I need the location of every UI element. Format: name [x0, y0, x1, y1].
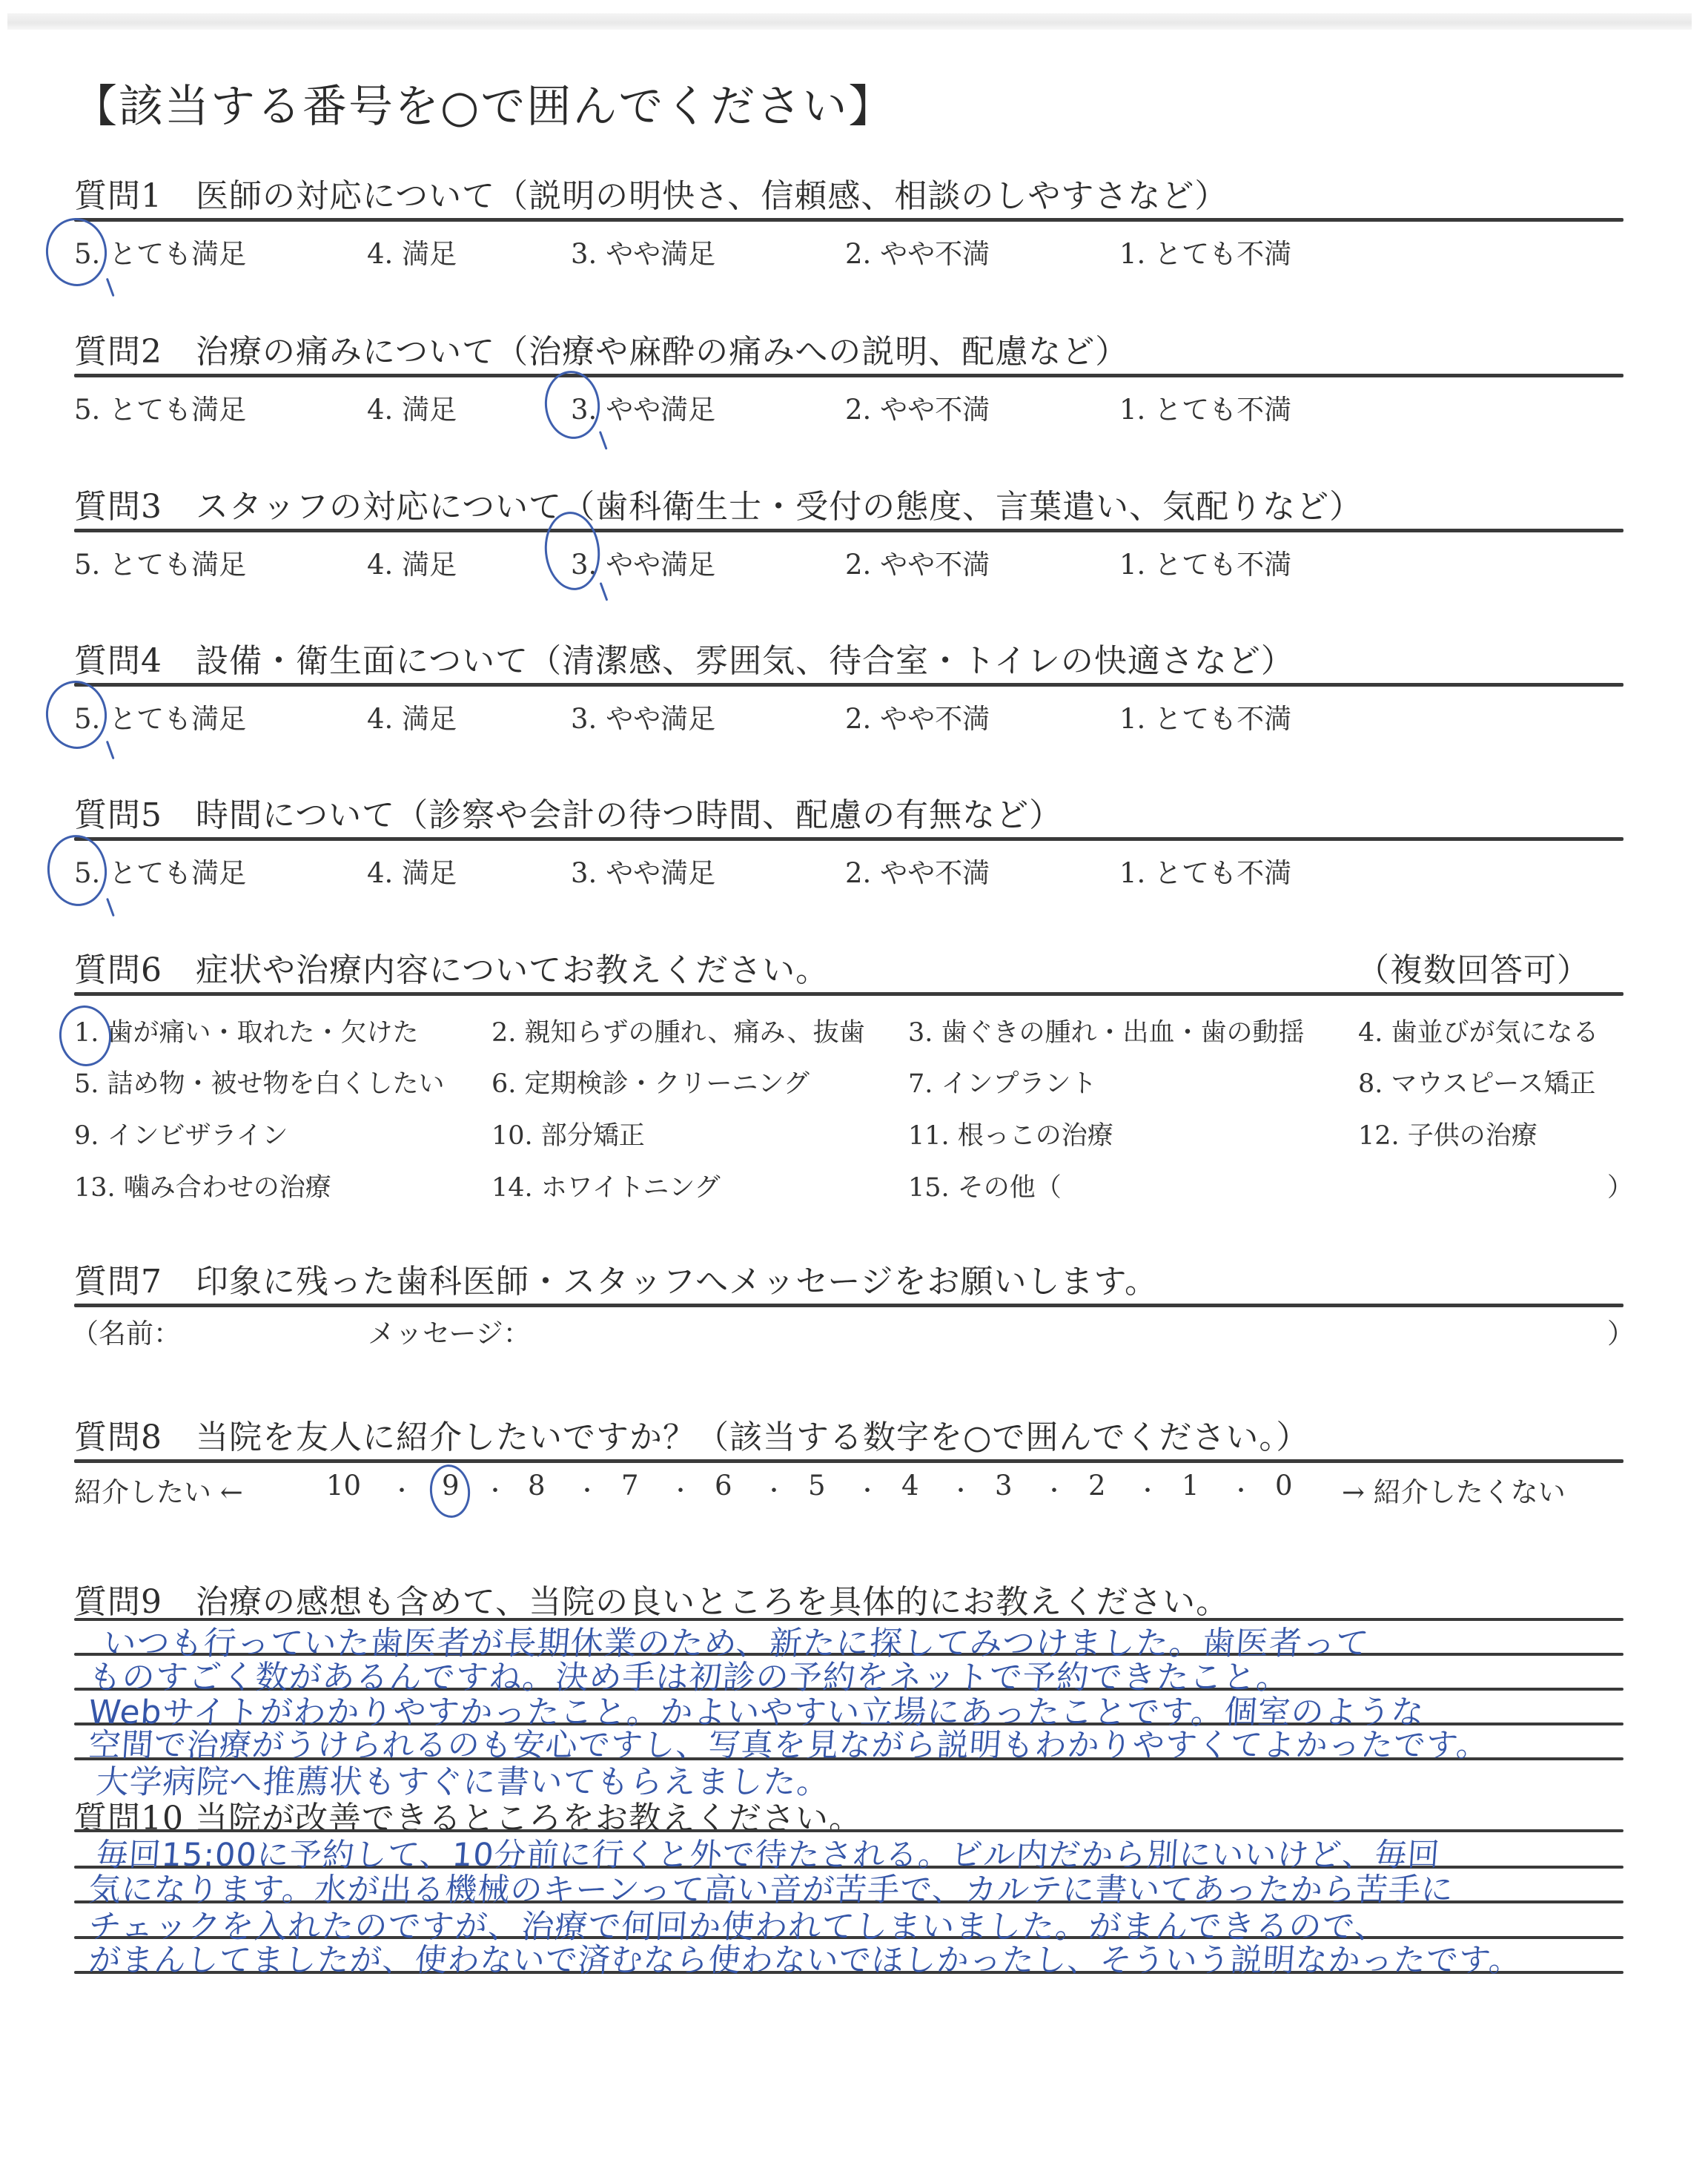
q6-option-3[interactable]: 3. 歯ぐきの腫れ・出血・歯の動揺	[908, 1012, 1305, 1049]
question-8-heading: 質問8 当院を友人に紹介したいですか？（該当する数字を○で囲んでください。）	[74, 1410, 1309, 1458]
option-4[interactable]: 4. 満足	[367, 851, 457, 891]
scale-1[interactable]: 1	[1182, 1470, 1199, 1502]
q6-option-1[interactable]: 1. 歯が痛い・取れた・欠けた	[74, 1012, 419, 1049]
question-9-heading: 質問9 治療の感想も含めて、当院の良いところを具体的にお教えください。	[74, 1575, 1229, 1622]
q6-option-11[interactable]: 11. 根っこの治療	[908, 1115, 1113, 1152]
q6-option-8[interactable]: 8. マウスピース矯正	[1358, 1063, 1595, 1100]
option-1[interactable]: 1. とても不満	[1119, 542, 1291, 582]
scale-4[interactable]: 4	[901, 1470, 919, 1502]
q6-option-2[interactable]: 2. 親知らずの腫れ、痛み、抜歯	[491, 1012, 865, 1049]
option-1[interactable]: 1. とても不満	[1119, 696, 1291, 736]
scale-separator: ・	[950, 1473, 972, 1505]
question-7-heading: 質問7 印象に残った歯科医師・スタッフへメッセージをお願いします。	[74, 1255, 1158, 1302]
scale-separator: ・	[484, 1473, 506, 1505]
scale-0[interactable]: 0	[1275, 1470, 1293, 1502]
option-3[interactable]: 3. やや満足	[571, 696, 715, 736]
scale-separator: ・	[669, 1473, 692, 1505]
recommend-label-right: → 紹介したくない	[1342, 1470, 1566, 1510]
message-close-paren: ）	[1607, 1311, 1635, 1351]
divider-line	[74, 374, 1623, 377]
option-4[interactable]: 4. 満足	[367, 542, 457, 582]
q6-option-6[interactable]: 6. 定期検診・クリーニング	[491, 1063, 810, 1100]
option-4[interactable]: 4. 満足	[367, 231, 457, 271]
option-5[interactable]: 5. とても満足	[74, 387, 246, 427]
option-4[interactable]: 4. 満足	[367, 696, 457, 736]
q6-option-13[interactable]: 13. 噛み合わせの治療	[74, 1167, 331, 1204]
scale-2[interactable]: 2	[1088, 1470, 1106, 1502]
scale-separator: ・	[1043, 1473, 1065, 1505]
q6-option-12[interactable]: 12. 子供の治療	[1358, 1115, 1537, 1152]
page-title: 【該当する番号を○で囲んでください】	[73, 71, 894, 135]
scan-edge-band	[7, 13, 1692, 30]
option-1[interactable]: 1. とても不満	[1119, 851, 1291, 891]
q6-option-15-other[interactable]: 15. その他（	[908, 1167, 1062, 1204]
pen-circle-mark	[541, 368, 603, 441]
handwritten-line: がまんしてましたが、使わないで済むなら使わないでほしかったし、そういう説明なかっ…	[87, 1935, 1523, 1981]
divider-line	[74, 218, 1623, 222]
recommend-label-left: 紹介したい ←	[74, 1470, 243, 1510]
pen-circle-mark	[44, 832, 110, 909]
question-4-heading: 質問4 設備・衛生面について（清潔感、雰囲気、待合室・トイレの快適さなど）	[74, 634, 1294, 681]
multiple-answers-note: （複数回答可）	[1357, 943, 1590, 991]
option-2[interactable]: 2. やや不満	[845, 851, 990, 891]
scale-separator: ・	[1230, 1473, 1252, 1505]
scale-7[interactable]: 7	[621, 1470, 639, 1502]
scale-3[interactable]: 3	[995, 1470, 1013, 1502]
option-3[interactable]: 3. やや満足	[571, 851, 715, 891]
q6-option-14[interactable]: 14. ホワイトニング	[491, 1167, 721, 1204]
question-3-heading: 質問3 スタッフの対応について（歯科衛生士・受付の態度、言葉遣い、気配りなど）	[74, 480, 1363, 527]
q6-option-10[interactable]: 10. 部分矯正	[491, 1115, 645, 1152]
question-2-heading: 質問2 治療の痛みについて（治療や麻酔の痛みへの説明、配慮など）	[74, 325, 1128, 372]
q6-option-4[interactable]: 4. 歯並びが気になる	[1358, 1012, 1599, 1049]
scale-separator: ・	[576, 1473, 598, 1505]
option-2[interactable]: 2. やや不満	[845, 387, 990, 427]
scale-separator: ・	[856, 1473, 878, 1505]
scale-separator: ・	[391, 1473, 413, 1505]
option-2[interactable]: 2. やや不満	[845, 542, 990, 582]
question-1-heading: 質問1 医師の対応について（説明の明快さ、信頼感、相談のしやすさなど）	[74, 169, 1228, 217]
q6-option-9[interactable]: 9. インビザライン	[74, 1115, 288, 1152]
divider-line	[74, 1459, 1623, 1463]
name-field-label: （名前：	[71, 1311, 181, 1351]
option-5[interactable]: 5. とても満足	[74, 542, 246, 582]
q6-other-close-paren: ）	[1607, 1167, 1633, 1204]
divider-line	[74, 1304, 1623, 1307]
option-1[interactable]: 1. とても不満	[1119, 231, 1291, 271]
divider-line	[74, 992, 1623, 996]
scale-separator: ・	[763, 1473, 785, 1505]
option-2[interactable]: 2. やや不満	[845, 231, 990, 271]
question-5-heading: 質問5 時間について（診察や会計の待つ時間、配慮の有無など）	[74, 788, 1062, 836]
scale-6[interactable]: 6	[715, 1470, 732, 1502]
scale-8[interactable]: 8	[528, 1470, 546, 1502]
q6-option-5[interactable]: 5. 詰め物・被せ物を白くしたい	[74, 1063, 445, 1100]
divider-line	[74, 683, 1623, 687]
message-field-label: メッセージ：	[368, 1311, 531, 1351]
scale-10[interactable]: 10	[326, 1470, 361, 1502]
q6-option-7[interactable]: 7. インプラント	[908, 1063, 1097, 1100]
option-3[interactable]: 3. やや満足	[571, 231, 715, 271]
divider-line	[74, 529, 1623, 532]
option-1[interactable]: 1. とても不満	[1119, 387, 1291, 427]
scale-5[interactable]: 5	[808, 1470, 826, 1502]
scale-separator: ・	[1136, 1473, 1159, 1505]
question-6-heading: 質問6 症状や治療内容についてお教えください。	[74, 943, 829, 991]
pen-circle-mark	[42, 678, 110, 752]
pen-circle-mark	[42, 215, 110, 289]
option-2[interactable]: 2. やや不満	[845, 696, 990, 736]
pen-circle-mark	[427, 1462, 472, 1519]
option-4[interactable]: 4. 満足	[367, 387, 457, 427]
divider-line	[74, 837, 1623, 841]
